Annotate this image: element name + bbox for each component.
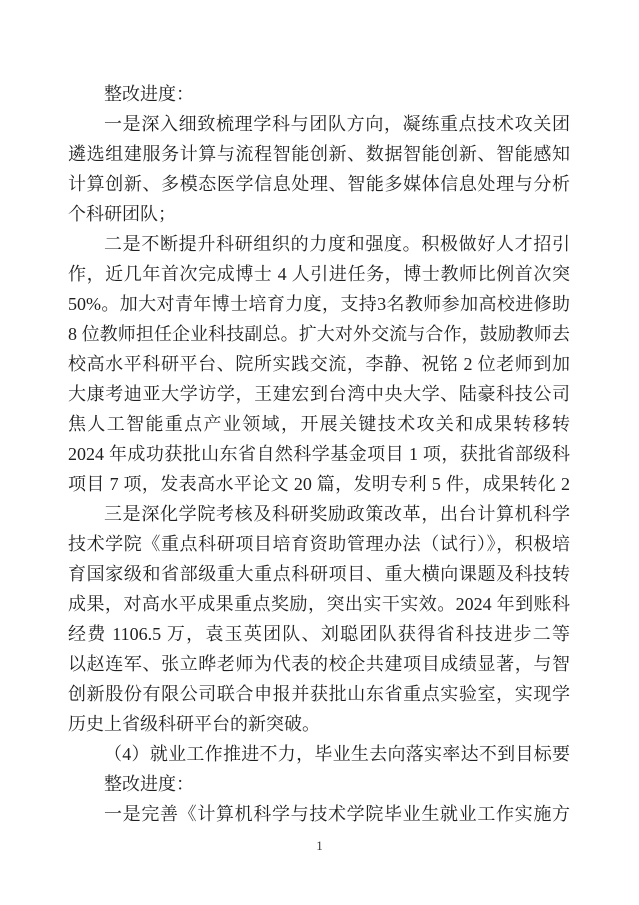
text-line: 技术学院《重点科研项目培育资助管理办法（试行）》，积极培	[68, 529, 570, 559]
text-line: 50%。加大对青年博士培育力度，支持3名教师参加高校进修助课，	[68, 289, 570, 319]
text-line: 以赵连军、张立晔老师为代表的校企共建项目成绩显著，与智洋	[68, 649, 570, 679]
text-line: 成果，对高水平成果重点奖励，突出实干实效。2024 年到账科研	[68, 589, 570, 619]
text-line: 历史上省级科研平台的新突破。	[68, 709, 570, 739]
text-line: 整改进度：	[68, 79, 570, 109]
text-line: 创新股份有限公司联合申报并获批山东省重点实验室，实现学院	[68, 679, 570, 709]
text-line: 二是不断提升科研组织的力度和强度。积极做好人才招引工	[68, 229, 570, 259]
document-page: 整改进度： 一是深入细致梳理学科与团队方向，凝练重点技术攻关团队， 遴选组建服务…	[0, 0, 639, 905]
text-line: 项目 7 项，发表高水平论文 20 篇，发明专利 5 件，成果转化 2 项；	[68, 469, 570, 499]
text-line: 8 位教师担任企业科技副总。扩大对外交流与合作，鼓励教师去外	[68, 319, 570, 349]
text-line: 经费 1106.5 万，袁玉英团队、刘聪团队获得省科技进步二等奖，	[68, 619, 570, 649]
text-line: 一是深入细致梳理学科与团队方向，凝练重点技术攻关团队，	[68, 109, 570, 139]
text-line: 育国家级和省部级重大重点科研项目、重大横向课题及科技转化	[68, 559, 570, 589]
text-line: 作，近几年首次完成博士 4 人引进任务，博士教师比例首次突破	[68, 259, 570, 289]
text-line: 遴选组建服务计算与流程智能创新、数据智能创新、智能感知与	[68, 139, 570, 169]
text-line: 一是完善《计算机科学与技术学院毕业生就业工作实施方案》，	[68, 799, 570, 829]
text-line: 整改进度：	[68, 769, 570, 799]
text-line: （4）就业工作推进不力，毕业生去向落实率达不到目标要求。	[68, 739, 570, 769]
text-line: 焦人工智能重点产业领域，开展关键技术攻关和成果转移转化。	[68, 409, 570, 439]
text-line: 校高水平科研平台、院所实践交流，李静、祝铭 2 位老师到加拿	[68, 349, 570, 379]
text-line: 大康考迪亚大学访学，王建宏到台湾中央大学、陆豪科技公司聚	[68, 379, 570, 409]
text-line: 2024 年成功获批山东省自然科学基金项目 1 项，获批省部级科研	[68, 439, 570, 469]
text-line: 三是深化学院考核及科研奖励政策改革，出台计算机科学与	[68, 499, 570, 529]
text-line: 个科研团队；	[68, 199, 570, 229]
page-number: 1	[0, 836, 639, 856]
document-text-block: 整改进度： 一是深入细致梳理学科与团队方向，凝练重点技术攻关团队， 遴选组建服务…	[68, 79, 570, 829]
text-line: 计算创新、多模态医学信息处理、智能多媒体信息处理与分析五	[68, 169, 570, 199]
